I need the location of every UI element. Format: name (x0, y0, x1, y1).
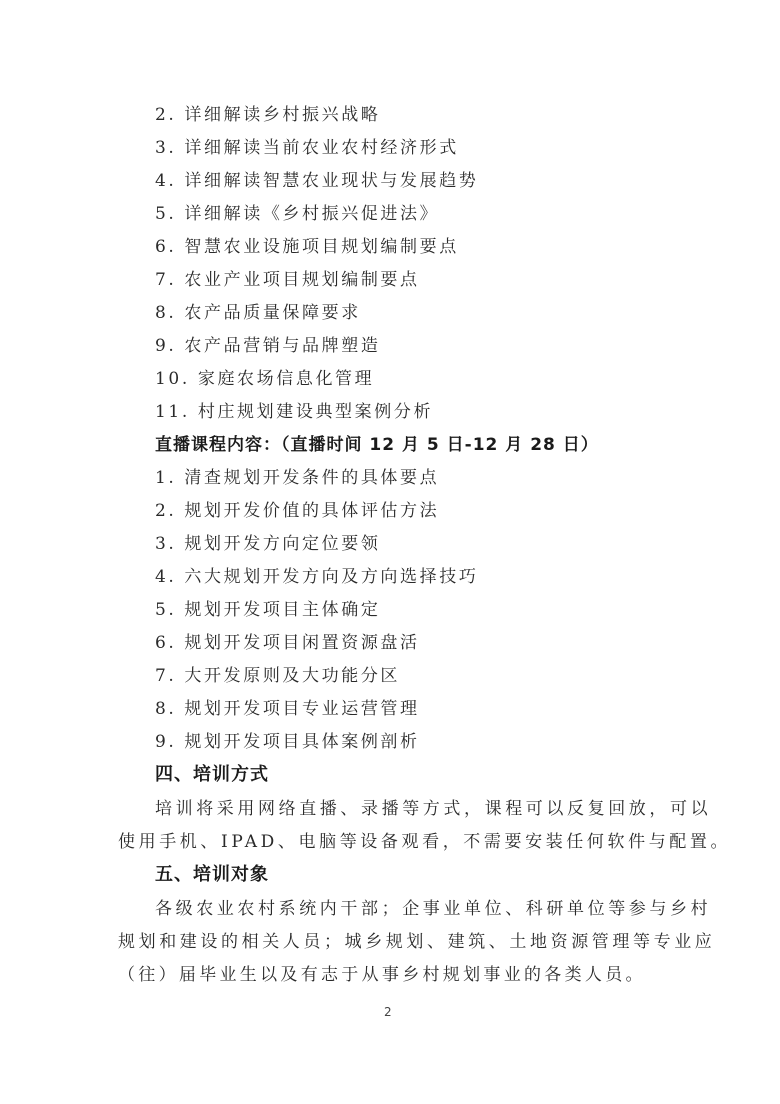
live-course-item: 3. 规划开发方向定位要领 (155, 533, 380, 555)
course-item: 10. 家庭农场信息化管理 (155, 368, 374, 390)
course-item: 5. 详细解读《乡村振兴促进法》 (155, 203, 439, 225)
course-item: 11. 村庄规划建设典型案例分析 (155, 401, 433, 423)
course-item: 3. 详细解读当前农业农村经济形式 (155, 137, 459, 159)
paragraph-line: 各级农业农村系统内干部；企事业单位、科研单位等参与乡村 (155, 898, 711, 920)
live-course-item: 5. 规划开发项目主体确定 (155, 599, 380, 621)
live-course-item: 4. 六大规划开发方向及方向选择技巧 (155, 566, 478, 588)
course-item: 9. 农产品营销与品牌塑造 (155, 335, 380, 357)
paragraph-line: （往）届毕业生以及有志于从事乡村规划事业的各类人员。 (118, 964, 646, 986)
page-number: 2 (384, 1005, 392, 1019)
document-page: 2. 详细解读乡村振兴战略 3. 详细解读当前农业农村经济形式 4. 详细解读智… (0, 0, 780, 1104)
section-heading-training-method: 四、培训方式 (155, 764, 269, 786)
section-heading-training-target: 五、培训对象 (155, 864, 269, 886)
live-course-item: 7. 大开发原则及大功能分区 (155, 665, 400, 687)
course-item: 6. 智慧农业设施项目规划编制要点 (155, 236, 459, 258)
live-course-item: 9. 规划开发项目具体案例剖析 (155, 731, 420, 753)
live-course-item: 1. 清查规划开发条件的具体要点 (155, 467, 439, 489)
course-item: 8. 农产品质量保障要求 (155, 302, 361, 324)
live-course-item: 2. 规划开发价值的具体评估方法 (155, 500, 439, 522)
course-item: 7. 农业产业项目规划编制要点 (155, 269, 420, 291)
live-course-heading: 直播课程内容：（直播时间 12 月 5 日-12 月 28 日） (155, 434, 599, 456)
course-item: 4. 详细解读智慧农业现状与发展趋势 (155, 170, 478, 192)
paragraph-line: 培训将采用网络直播、录播等方式，课程可以反复回放，可以 (155, 798, 711, 820)
paragraph-line: 使用手机、IPAD、电脑等设备观看，不需要安装任何软件与配置。 (118, 831, 731, 853)
live-course-item: 6. 规划开发项目闲置资源盘活 (155, 632, 420, 654)
live-course-item: 8. 规划开发项目专业运营管理 (155, 698, 420, 720)
course-item: 2. 详细解读乡村振兴战略 (155, 104, 380, 126)
paragraph-line: 规划和建设的相关人员；城乡规划、建筑、土地资源管理等专业应 (118, 931, 715, 953)
